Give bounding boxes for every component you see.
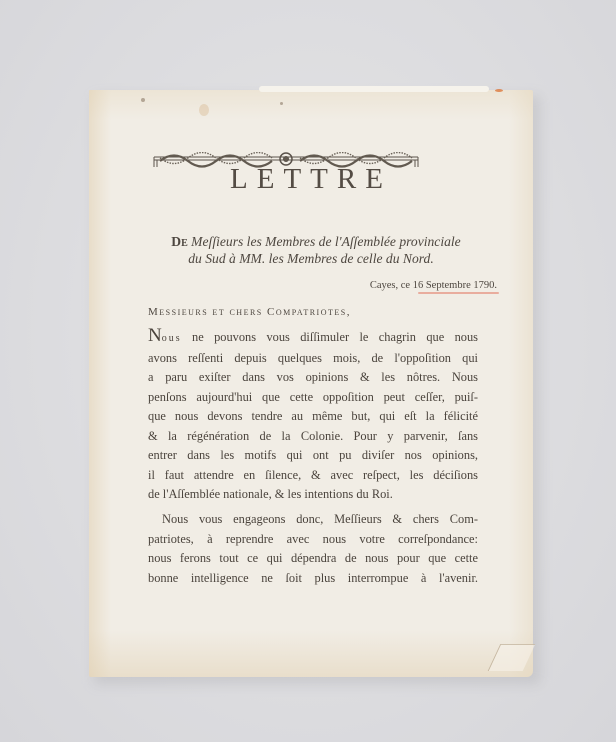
paragraph-1: Nous ne pouvons vous diſſimuler le chagr…	[148, 326, 478, 505]
text-line: ne pouvons vous diſſimuler le chagrin qu…	[182, 330, 478, 344]
subtitle-line-2: du Sud à MM. les Membres de celle du Nor…	[89, 250, 533, 267]
text-line: & la régénération de la Colonie. Pour y …	[148, 427, 478, 447]
subtitle-line-1: Meſſieurs les Membres de l'Aſſemblée pro…	[188, 234, 461, 249]
document-page: LETTRE De Meſſieurs les Membres de l'Aſſ…	[89, 90, 533, 677]
text-line: que nous devons tendre au même but, qui …	[148, 407, 478, 427]
text-line: avons reſſenti depuis quelques mois, de …	[148, 349, 478, 369]
foxing-spot	[141, 98, 145, 102]
text-line: de l'Aſſemblée nationale, & les intentio…	[148, 485, 478, 505]
document-title: LETTRE	[89, 163, 533, 196]
drop-letter: N	[148, 325, 162, 346]
torn-top-edge	[259, 86, 489, 92]
foxing-spot	[495, 89, 503, 92]
dateline-text: Cayes, ce 16 Septembre 1790.	[370, 280, 497, 291]
text-line: penſons aujourd'hui que cette oppoſition…	[148, 388, 478, 408]
first-word-rest: ous	[162, 333, 182, 344]
subtitle-lead: De	[171, 234, 188, 249]
salutation: Messieurs et chers Compatriotes,	[148, 306, 351, 318]
text-line: patriotes, à reprendre avec nous votre c…	[148, 530, 478, 550]
foxing-spot	[280, 102, 283, 105]
paragraph-2: Nous vous engageons donc, Meſſieurs & ch…	[148, 510, 478, 588]
text-line: Nous vous engageons donc, Meſſieurs & ch…	[148, 510, 478, 530]
text-line: bonne intelligence ne ſoit plus interrom…	[148, 569, 478, 589]
dateline: Cayes, ce 16 Septembre 1790.	[370, 280, 497, 291]
text-line: a paru exiſter dans vos opinions & les n…	[148, 368, 478, 388]
folded-corner	[488, 644, 536, 671]
text-line: il faut attendre en ſilence, & avec reſp…	[148, 466, 478, 486]
document-subtitle: De Meſſieurs les Membres de l'Aſſemblée …	[89, 233, 533, 267]
text-line: entrer dans les motifs qui ont pu diviſe…	[148, 446, 478, 466]
red-underline-annotation	[418, 292, 499, 294]
foxing-spot	[199, 104, 209, 116]
text-line: nous ferons tout ce qui dépendra de nous…	[148, 549, 478, 569]
